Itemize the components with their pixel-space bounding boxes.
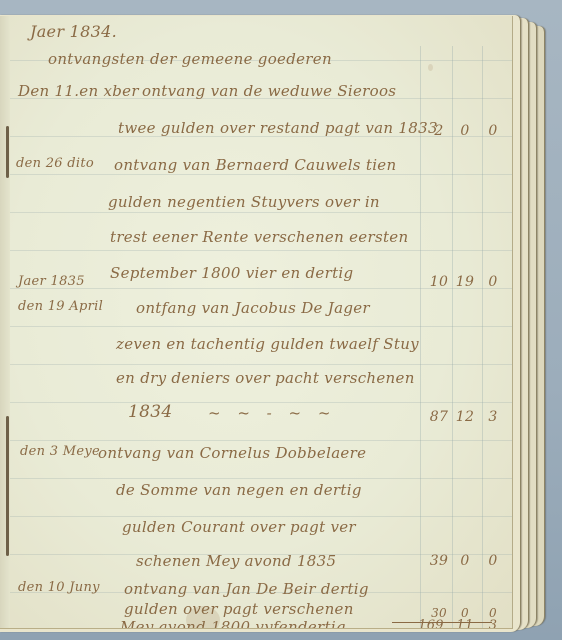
entry-date: den 10 Juny — [18, 580, 100, 595]
ruled-line — [10, 250, 512, 251]
entry-line: en dry deniers over pacht verschenen — [116, 369, 415, 387]
amount-deniers: 0 — [478, 553, 508, 569]
entry-date: Den 11.en xber — [18, 82, 139, 100]
amount-deniers: 0 — [478, 123, 508, 139]
ink-stain — [428, 64, 433, 71]
entry-line: gulden over pagt verschenen — [124, 600, 354, 618]
ruled-line — [10, 326, 512, 327]
amount-stuivers: 0 — [450, 123, 480, 139]
entry-line: twee gulden over restand pagt van 1833 — [118, 119, 438, 137]
binding-thread — [6, 416, 9, 556]
entry-date: den 3 Meye — [20, 444, 100, 459]
entry-line: ontvang van Bernaerd Cauwels tien — [114, 156, 396, 174]
ruled-line — [10, 364, 512, 365]
ruled-line — [10, 516, 512, 517]
entry-line: September 1800 vier en dertig — [110, 264, 353, 282]
entry-line: de Somme van negen en dertig — [116, 481, 362, 499]
ruled-line — [10, 478, 512, 479]
entry-line: gulden negentien Stuyvers over in — [108, 193, 380, 211]
amount-stuivers: 12 — [450, 409, 480, 425]
amount-deniers: 0 — [478, 274, 508, 290]
amount-deniers: 3 — [478, 409, 508, 425]
year-heading: Jaer 1834. — [30, 22, 117, 41]
entry-line: ontfang van Jacobus De Jager — [136, 299, 370, 317]
dash-filler: ~ ~ - ~ ~ — [208, 404, 336, 422]
total-deniers: 3 — [478, 618, 508, 629]
year-marker: Jaer 1835 — [18, 274, 85, 289]
total-gulden: 169 — [416, 618, 446, 629]
entry-line: ontvang van Jan De Beir dertig — [124, 580, 369, 598]
ruled-line — [10, 402, 512, 403]
page-title: ontvangsten der gemeene goederen — [48, 50, 332, 68]
entry-line: zeven en tachentig gulden twaelf Stuy — [116, 335, 419, 353]
entry-date: den 19 April — [18, 299, 103, 314]
entry-date: den 26 dito — [16, 156, 94, 171]
entry-line: ontvang van de weduwe Sieroos — [142, 82, 396, 100]
entry-line: ontvang van Cornelus Dobbelaere — [98, 444, 366, 462]
ruled-line — [10, 440, 512, 441]
ruled-line — [10, 174, 512, 175]
entry-line: schenen Mey avond 1835 — [136, 552, 336, 570]
ruled-line — [10, 212, 512, 213]
binding-thread — [6, 126, 9, 178]
entry-line: 1834 — [128, 402, 172, 422]
amount-stuivers: 19 — [450, 274, 480, 290]
ledger-book: Jaer 1834. ontvangsten der gemeene goede… — [0, 12, 546, 634]
total-stuivers: 11 — [450, 618, 480, 629]
entry-line: gulden Courant over pagt ver — [122, 518, 356, 536]
entry-line: Mey avond 1800 vyfendertig — [120, 618, 346, 629]
ledger-page: Jaer 1834. ontvangsten der gemeene goede… — [0, 16, 513, 629]
amount-stuivers: 0 — [450, 553, 480, 569]
entry-line: trest eener Rente verschenen eersten — [110, 228, 408, 246]
